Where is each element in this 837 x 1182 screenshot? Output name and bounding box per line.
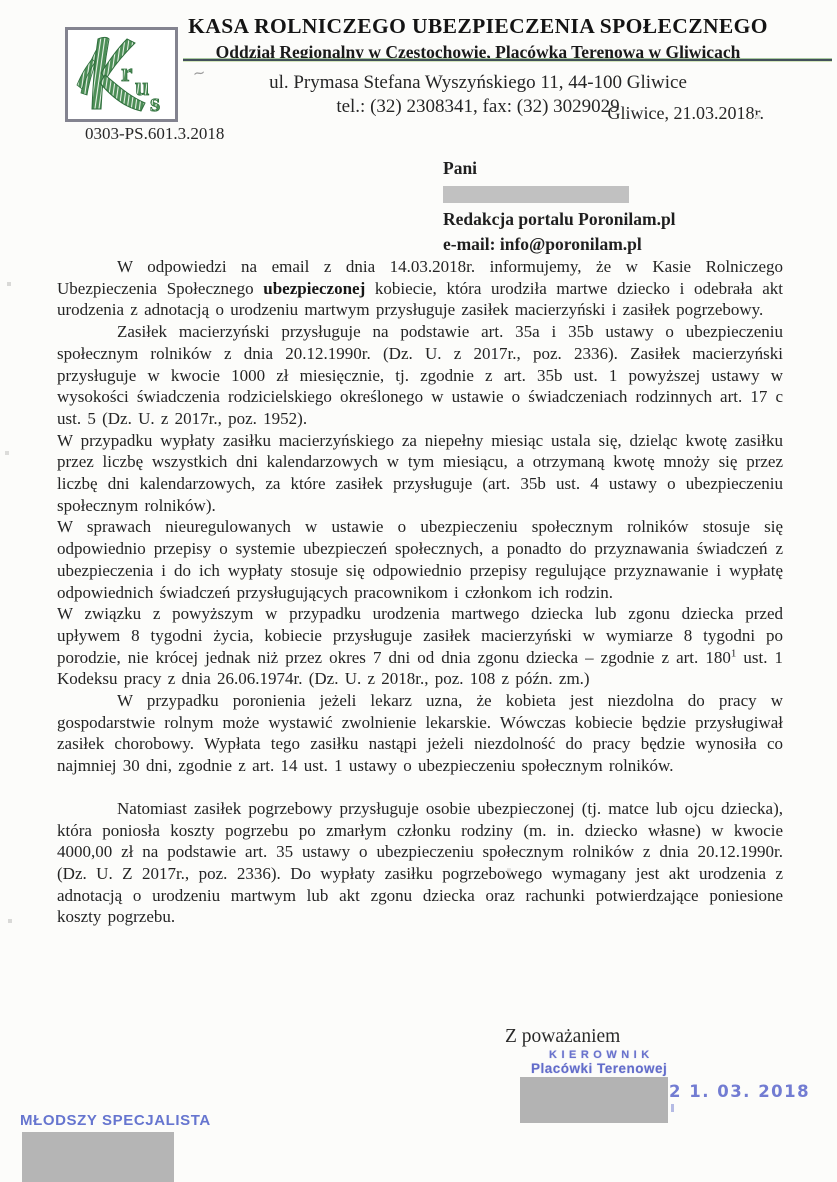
stamp-title-placowki: Placówki Terenowej <box>531 1061 667 1076</box>
org-name: KASA ROLNICZEGO UBEZPIECZENIA SPOŁECZNEG… <box>128 14 828 39</box>
redacted-signature <box>520 1077 668 1123</box>
paragraph-4: W sprawach nieuregulowanych w ustawie o … <box>57 516 783 603</box>
paragraph-3: W przypadku wypłaty zasiłku macierzyński… <box>57 430 783 517</box>
recipient-email: e-mail: info@poronilam.pl <box>443 234 676 255</box>
recipient-salutation: Pani <box>443 158 676 179</box>
paragraph-7: Natomiast zasiłek pogrzebowy przysługuje… <box>57 798 783 928</box>
stamp-title-mlodszy-specjalista: MŁODSZY SPECJALISTA <box>20 1112 211 1129</box>
recipient-block: Pani Redakcja portalu Poronilam.pl e-mai… <box>443 158 676 255</box>
org-address: ul. Prymasa Stefana Wyszyńskiego 11, 44-… <box>128 72 828 94</box>
redacted-specialist-signature <box>22 1132 174 1182</box>
scan-noise-specks <box>0 0 2 2</box>
paragraph-2: Zasiłek macierzyński przysługuje na pods… <box>57 321 783 430</box>
stamp-ink-artifact <box>671 1104 674 1112</box>
pen-mark: ~ <box>192 63 205 73</box>
paragraph-5-text: W związku z powyższym w przypadku urodze… <box>57 604 783 666</box>
recipient-organization: Redakcja portalu Poronilam.pl <box>443 209 676 230</box>
paragraph-1-bold: ubezpieczonej <box>263 279 365 298</box>
paragraph-5: W związku z powyższym w przypadku urodze… <box>57 603 783 690</box>
place-and-date: Gliwice, 21.03.2018r. <box>608 103 764 124</box>
stamp-title-kierownik: KIEROWNIK <box>549 1049 654 1061</box>
scanned-letter-page: r u s KASA ROLNICZEGO UBEZPIECZENIA SPOŁ… <box>0 0 837 1182</box>
reference-number: 0303-PS.601.3.2018 <box>85 124 224 144</box>
letter-body: W odpowiedzi na email z dnia 14.03.2018r… <box>57 256 783 928</box>
redacted-recipient-name <box>443 186 629 203</box>
paragraph-1: W odpowiedzi na email z dnia 14.03.2018r… <box>57 256 783 321</box>
valediction: Z poważaniem <box>505 1026 620 1048</box>
paragraph-6: W przypadku poronienia jeżeli lekarz uzn… <box>57 690 783 777</box>
date-stamp: 2 1. 03. 2018 <box>669 1082 810 1101</box>
letterhead-rule <box>183 58 832 62</box>
